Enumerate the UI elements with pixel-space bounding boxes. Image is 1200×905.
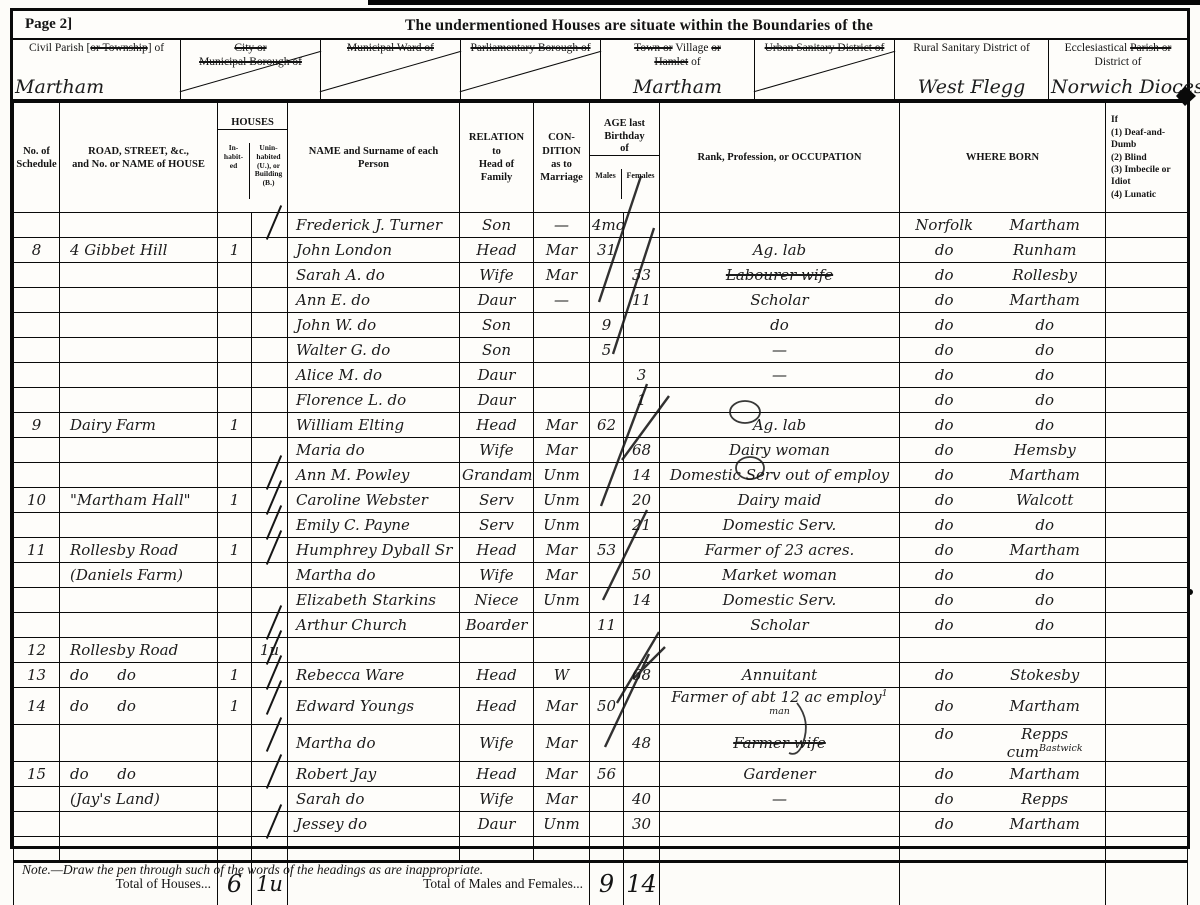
person-row: 13do do1Rebecca WareHeadW68AnnuitantdoSt… [14,663,1188,688]
schedule-number [14,388,60,413]
occupation: Ag. lab [660,238,900,263]
houses-inhabited [218,313,252,338]
houses-inhabited [218,787,252,812]
person-name [288,837,460,862]
houses-inhabited: 1 [218,413,252,438]
where-born: doMartham [900,762,1106,787]
age-female: 33 [624,263,660,288]
houses-uninhabited [252,338,288,363]
strike-mark [754,50,896,91]
age-female: 3 [624,363,660,388]
totals-empty-born [900,862,1106,905]
age-male [590,388,624,413]
where-born: dodo [900,363,1106,388]
occupation [660,213,900,238]
age-female [624,413,660,438]
disability [1106,762,1188,787]
age-female [624,338,660,363]
schedule-number: 10 [14,488,60,513]
condition: Mar [534,762,590,787]
age-male: 50 [590,688,624,725]
houses-inhabited [218,388,252,413]
where-born: dodo [900,338,1106,363]
born-county: do [902,790,986,808]
houses-inhabited [218,363,252,388]
road-name: (Jay's Land) [60,787,218,812]
disability [1106,213,1188,238]
col-header-age-group: AGE last Birthday of Males Females [590,103,660,213]
where-born: dodo [900,413,1106,438]
page-number-label: Page 2] [25,16,72,33]
houses-inhabited: 1 [218,538,252,563]
where-born: dodo [900,563,1106,588]
where-born: dodo [900,388,1106,413]
born-county: do [902,266,986,284]
schedule-number [14,513,60,538]
condition: Mar [534,725,590,762]
person-name: Humphrey Dyball Sr [288,538,460,563]
relation: Wife [460,787,534,812]
relation: Boarder [460,613,534,638]
born-place: Repps [986,790,1103,808]
road-name: Rollesby Road [60,638,218,663]
condition [534,837,590,862]
road-name [60,837,218,862]
header-box-1: Civil Parish [or Township] ofMartham [13,40,181,99]
road-name: Dairy Farm [60,413,218,438]
relation: Daur [460,388,534,413]
condition [534,363,590,388]
born-county: do [902,666,986,684]
houses-inhabited: 1 [218,488,252,513]
houses-uninhabited [252,313,288,338]
born-place: do [986,416,1103,434]
where-born: doRepps cumBastwick [900,725,1106,762]
person-name: Emily C. Payne [288,513,460,538]
houses-inhabited: 1 [218,688,252,725]
person-name: Robert Jay [288,762,460,787]
age-female: 14 [624,463,660,488]
relation: Daur [460,812,534,837]
condition: Mar [534,787,590,812]
col-header-occupation: Rank, Profession, or OCCUPATION [660,103,900,213]
relation: Head [460,663,534,688]
relation: Serv [460,513,534,538]
header-box-8: Ecclesiastical Parish or District ofNorw… [1049,40,1187,99]
born-superscript: Bastwick [1039,743,1083,754]
born-county: do [902,391,986,409]
header-box-5: Town or Village or Hamlet ofMartham [601,40,755,99]
schedule-number [14,438,60,463]
col-header-age: AGE last Birthday of [590,116,659,156]
born-place: do [986,341,1103,359]
col-header-schedule: No. of Schedule [14,103,60,213]
houses-inhabited [218,338,252,363]
person-name: Frederick J. Turner [288,213,460,238]
occupation: Dairy maid [660,488,900,513]
road-name [60,513,218,538]
houses-inhabited [218,513,252,538]
person-name: John W. do [288,313,460,338]
road-name: (Daniels Farm) [60,563,218,588]
relation: Son [460,313,534,338]
age-female [624,238,660,263]
age-male [590,488,624,513]
age-male [590,363,624,388]
condition [534,313,590,338]
header-box-3: Municipal Ward of [321,40,461,99]
disability [1106,638,1188,663]
born-county: do [902,416,986,434]
road-name [60,313,218,338]
relation: Wife [460,725,534,762]
disability [1106,363,1188,388]
born-place: Martham [986,291,1103,309]
age-male [590,438,624,463]
disability [1106,338,1188,363]
table-body: Frederick J. TurnerSon—4moNorfolkMartham… [14,213,1188,862]
header-box-label: Urban Sanitary District of [758,42,891,56]
born-place: Martham [986,697,1103,715]
schedule-number [14,263,60,288]
schedule-number: 12 [14,638,60,663]
where-born: doMartham [900,688,1106,725]
disability [1106,688,1188,725]
form-border: Page 2] The undermentioned Houses are si… [10,8,1190,849]
age-male [590,812,624,837]
relation: Son [460,338,534,363]
schedule-number [14,338,60,363]
age-female [624,538,660,563]
schedule-number [14,725,60,762]
person-name: William Elting [288,413,460,438]
where-born: dodo [900,588,1106,613]
occupation: — [660,787,900,812]
road-name [60,812,218,837]
condition [534,388,590,413]
road-name [60,338,218,363]
col-header-relation: RELATION to Head of Family [460,103,534,213]
relation: Grandam [460,463,534,488]
person-row: (Daniels Farm)Martha doWifeMar50Market w… [14,563,1188,588]
where-born: doWalcott [900,488,1106,513]
condition [534,638,590,663]
age-female [624,837,660,862]
age-male [590,563,624,588]
relation: Head [460,413,534,438]
relation: Wife [460,263,534,288]
where-born: dodo [900,313,1106,338]
disability [1106,288,1188,313]
age-male [590,588,624,613]
disability [1106,613,1188,638]
houses-inhabited [218,288,252,313]
schedule-number: 15 [14,762,60,787]
condition: — [534,213,590,238]
relation: Son [460,213,534,238]
person-row: John W. doSon9dododo [14,313,1188,338]
age-female: 48 [624,725,660,762]
occupation: Farmer of abt 12 ac employ1 man [660,688,900,725]
person-name: Maria do [288,438,460,463]
person-name: Sarah A. do [288,263,460,288]
houses-inhabited [218,837,252,862]
born-county: do [902,241,986,259]
houses-inhabited [218,812,252,837]
age-female: 20 [624,488,660,513]
born-county: do [902,725,986,761]
relation [460,638,534,663]
age-female [624,313,660,338]
col-header-houses-group: HOUSES In- habit- ed Unin- habited (U.),… [218,103,288,213]
age-male: 5 [590,338,624,363]
person-name: Ann M. Powley [288,463,460,488]
age-female: 11 [624,288,660,313]
born-county: do [902,815,986,833]
born-county: do [902,591,986,609]
age-male [590,787,624,812]
age-female: 21 [624,513,660,538]
header-box-value: Norwich Diocese [1051,76,1185,98]
table-header: No. of Schedule ROAD, STREET, &c., and N… [14,103,1188,213]
condition: Unm [534,513,590,538]
born-county: do [902,765,986,783]
occupation: Scholar [660,288,900,313]
houses-uninhabited [252,288,288,313]
total-males: 9 [590,862,624,905]
age-female: 50 [624,563,660,588]
born-county: do [902,341,986,359]
where-born [900,837,1106,862]
occupation: Ag. lab [660,413,900,438]
condition: Mar [534,438,590,463]
col-header-where-born: WHERE BORN [900,103,1106,213]
houses-inhabited [218,263,252,288]
age-male [590,263,624,288]
person-row: Florence L. doDaur1dodo [14,388,1188,413]
born-place: Repps cumBastwick [986,725,1103,761]
born-place: do [986,366,1103,384]
col-header-road: ROAD, STREET, &c., and No. or NAME of HO… [60,103,218,213]
person-row: Emily C. PayneServUnm21Domestic Serv.dod… [14,513,1188,538]
relation: Head [460,238,534,263]
header-box-2: City or Municipal Borough of [181,40,321,99]
occupation: — [660,338,900,363]
where-born: dodo [900,613,1106,638]
occupation: Market woman [660,563,900,588]
header-box-label: Municipal Ward of [324,42,457,56]
person-name: Jessey do [288,812,460,837]
houses-inhabited [218,588,252,613]
where-born: doRunham [900,238,1106,263]
disability [1106,463,1188,488]
occupation: Domestic Serv out of employ [660,463,900,488]
person-name: Arthur Church [288,613,460,638]
col-header-condition: CON- DITION as to Marriage [534,103,590,213]
schedule-number [14,213,60,238]
header-box-value: Martham [15,76,178,98]
road-name [60,463,218,488]
born-place: do [986,516,1103,534]
footnote-text: Note.—Draw the pen through such of the w… [22,862,483,877]
born-county: do [902,566,986,584]
where-born [900,638,1106,663]
houses-uninhabited [252,438,288,463]
disability [1106,837,1188,862]
houses-inhabited [218,725,252,762]
where-born: doMartham [900,538,1106,563]
relation: Daur [460,363,534,388]
person-row: Frederick J. TurnerSon—4moNorfolkMartham [14,213,1188,238]
scan-artifact-top-edge [368,0,1200,5]
totals-empty-occupation [660,862,900,905]
where-born: doMartham [900,463,1106,488]
header-box-4: Parliamentary Borough of [461,40,601,99]
schedule-number [14,363,60,388]
born-county: do [902,616,986,634]
schedule-number: 11 [14,538,60,563]
person-name: Edward Youngs [288,688,460,725]
houses-uninhabited [252,263,288,288]
occupation: Scholar [660,613,900,638]
header-box-value: Martham [603,76,752,98]
header-box-6: Urban Sanitary District of [755,40,895,99]
relation: Niece [460,588,534,613]
col-header-disability: If (1) Deaf-and-Dumb (2) Blind (3) Imbec… [1106,103,1188,213]
occupation [660,388,900,413]
occupation: Farmer wife [660,725,900,762]
road-name [60,613,218,638]
disability [1106,787,1188,812]
age-female: 68 [624,438,660,463]
person-name: John London [288,238,460,263]
houses-inhabited [218,563,252,588]
age-male: 56 [590,762,624,787]
disability [1106,663,1188,688]
condition: W [534,663,590,688]
schedule-number [14,787,60,812]
condition [534,613,590,638]
person-row: Alice M. doDaur3—dodo [14,363,1188,388]
occupation: Dairy woman [660,438,900,463]
houses-inhabited [218,213,252,238]
houses-uninhabited [252,787,288,812]
born-place: Runham [986,241,1103,259]
road-name [60,213,218,238]
born-county: Norfolk [902,216,986,234]
person-row: 11Rollesby Road1Humphrey Dyball SrHeadMa… [14,538,1188,563]
born-place: Walcott [986,491,1103,509]
age-female: 14 [624,588,660,613]
person-row: 15do doRobert JayHeadMar56GardenerdoMart… [14,762,1188,787]
road-name [60,263,218,288]
occupation: Labourer wife [660,263,900,288]
top-strip: Page 2] The undermentioned Houses are si… [13,11,1187,40]
age-female: 30 [624,812,660,837]
schedule-number [14,313,60,338]
col-header-uninhabited: Unin- habited (U.), or Building (B.) [250,143,287,199]
relation: Serv [460,488,534,513]
age-female: 40 [624,787,660,812]
schedule-number: 9 [14,413,60,438]
person-row: (Jay's Land)Sarah doWifeMar40—doRepps [14,787,1188,812]
houses-inhabited: 1 [218,663,252,688]
houses-inhabited [218,613,252,638]
age-female: 68 [624,663,660,688]
where-born: doHemsby [900,438,1106,463]
born-place: do [986,316,1103,334]
disability [1106,563,1188,588]
condition: Mar [534,563,590,588]
born-county: do [902,516,986,534]
where-born: dodo [900,513,1106,538]
person-name: Ann E. do [288,288,460,313]
age-female [624,638,660,663]
col-header-houses: HOUSES [218,116,287,130]
houses-inhabited [218,762,252,787]
road-name: Rollesby Road [60,538,218,563]
schedule-number [14,837,60,862]
born-county: do [902,291,986,309]
person-row: 12Rollesby Road1u [14,638,1188,663]
disability [1106,313,1188,338]
condition: Unm [534,463,590,488]
person-name: Martha do [288,563,460,588]
disability [1106,238,1188,263]
person-name: Florence L. do [288,388,460,413]
houses-uninhabited [252,413,288,438]
houses-uninhabited [252,563,288,588]
person-row: Ann M. PowleyGrandamUnm14Domestic Serv o… [14,463,1188,488]
road-name: "Martham Hall" [60,488,218,513]
census-table: No. of Schedule ROAD, STREET, &c., and N… [13,102,1188,905]
schedule-number [14,812,60,837]
born-place: do [986,566,1103,584]
person-name: Rebecca Ware [288,663,460,688]
road-name [60,288,218,313]
born-place: do [986,616,1103,634]
age-male [590,288,624,313]
person-row: Sarah A. doWifeMar33Labourer wifedoRolle… [14,263,1188,288]
age-male: 4mo [590,213,624,238]
condition: Mar [534,413,590,438]
occupation: Gardener [660,762,900,787]
where-born: doRepps [900,787,1106,812]
relation: Head [460,538,534,563]
form-title: The undermentioned Houses are situate wi… [405,17,873,35]
age-female [624,762,660,787]
where-born: doMartham [900,288,1106,313]
born-place: Hemsby [986,441,1103,459]
born-place: Martham [986,765,1103,783]
person-row: 9Dairy Farm1William EltingHeadMar62Ag. l… [14,413,1188,438]
born-county: do [902,541,986,559]
born-county: do [902,697,986,715]
road-name: do do [60,762,218,787]
road-name: do do [60,688,218,725]
houses-uninhabited [252,363,288,388]
disability [1106,438,1188,463]
houses-uninhabited [252,588,288,613]
header-box-label: Parliamentary Borough of [464,42,597,56]
schedule-number [14,463,60,488]
person-row: 10"Martham Hall"1Caroline WebsterServUnm… [14,488,1188,513]
disability [1106,388,1188,413]
occupation [660,638,900,663]
col-header-inhabited: In- habit- ed [218,143,250,199]
schedule-number [14,613,60,638]
houses-inhabited [218,463,252,488]
